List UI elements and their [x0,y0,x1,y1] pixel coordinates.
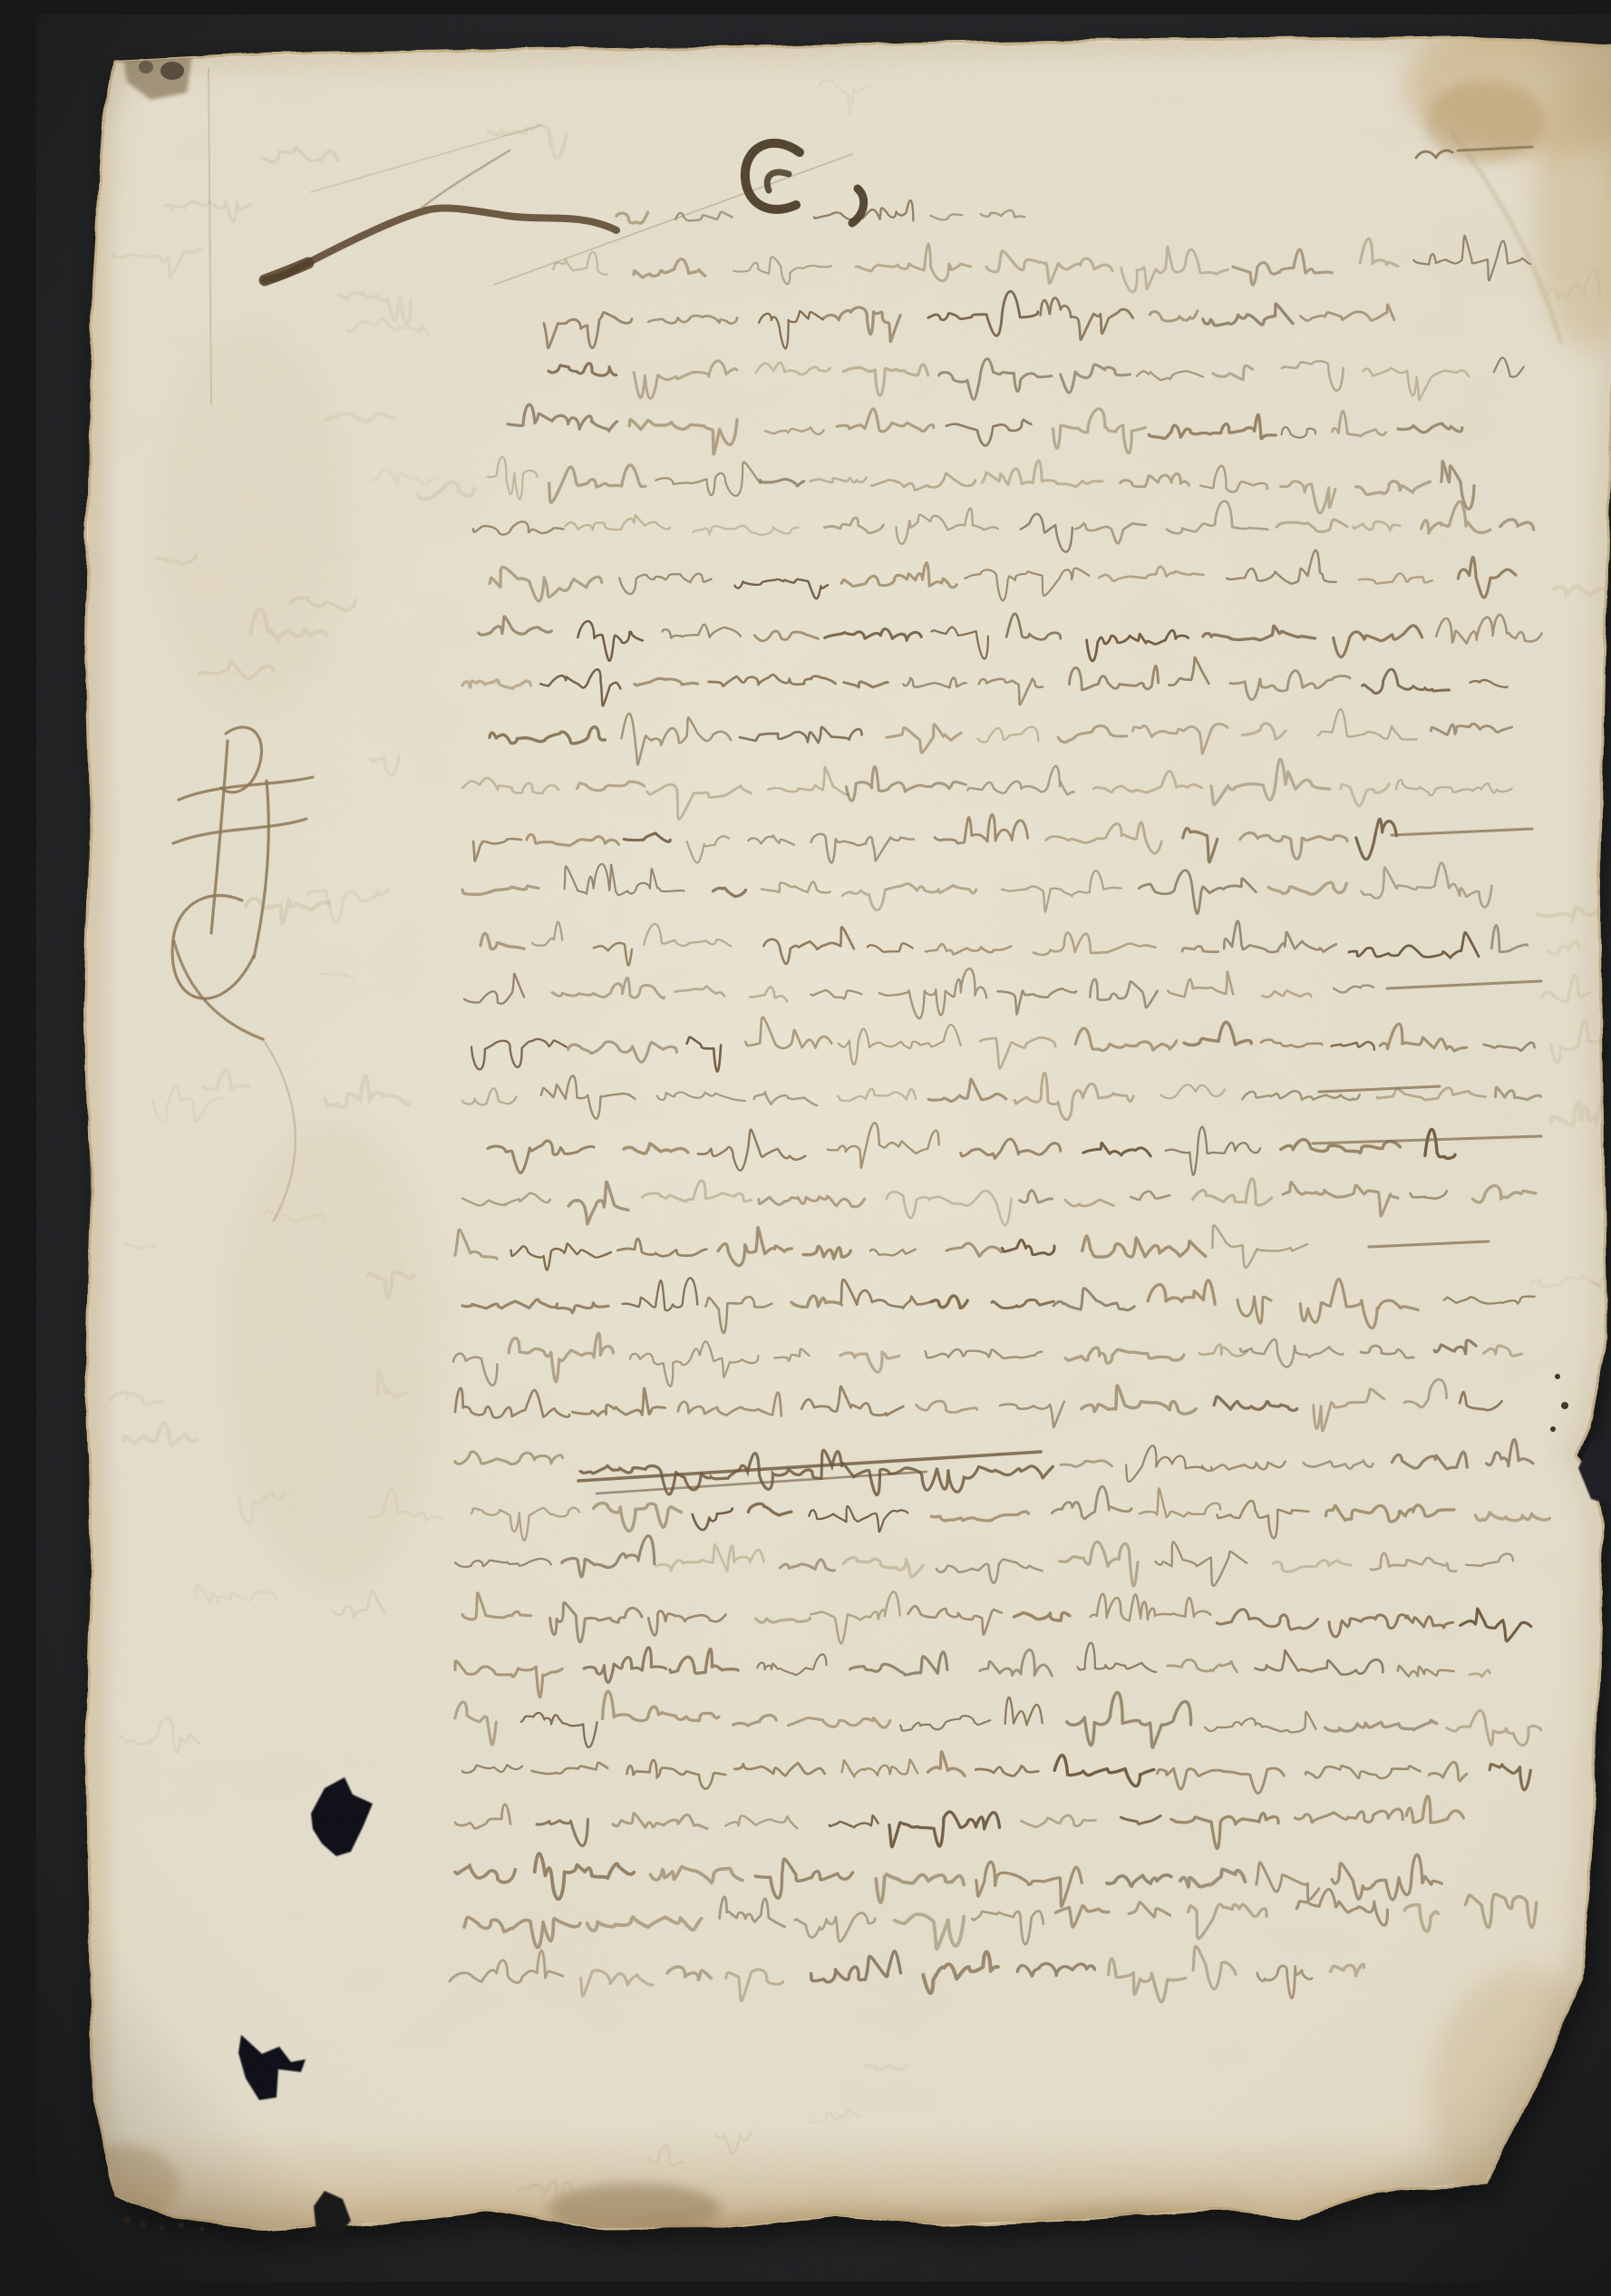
manuscript-page [36,15,1611,2281]
photograph: Photograph of a 16th-century French nota… [36,15,1611,2281]
photo-grain [36,15,1611,2281]
